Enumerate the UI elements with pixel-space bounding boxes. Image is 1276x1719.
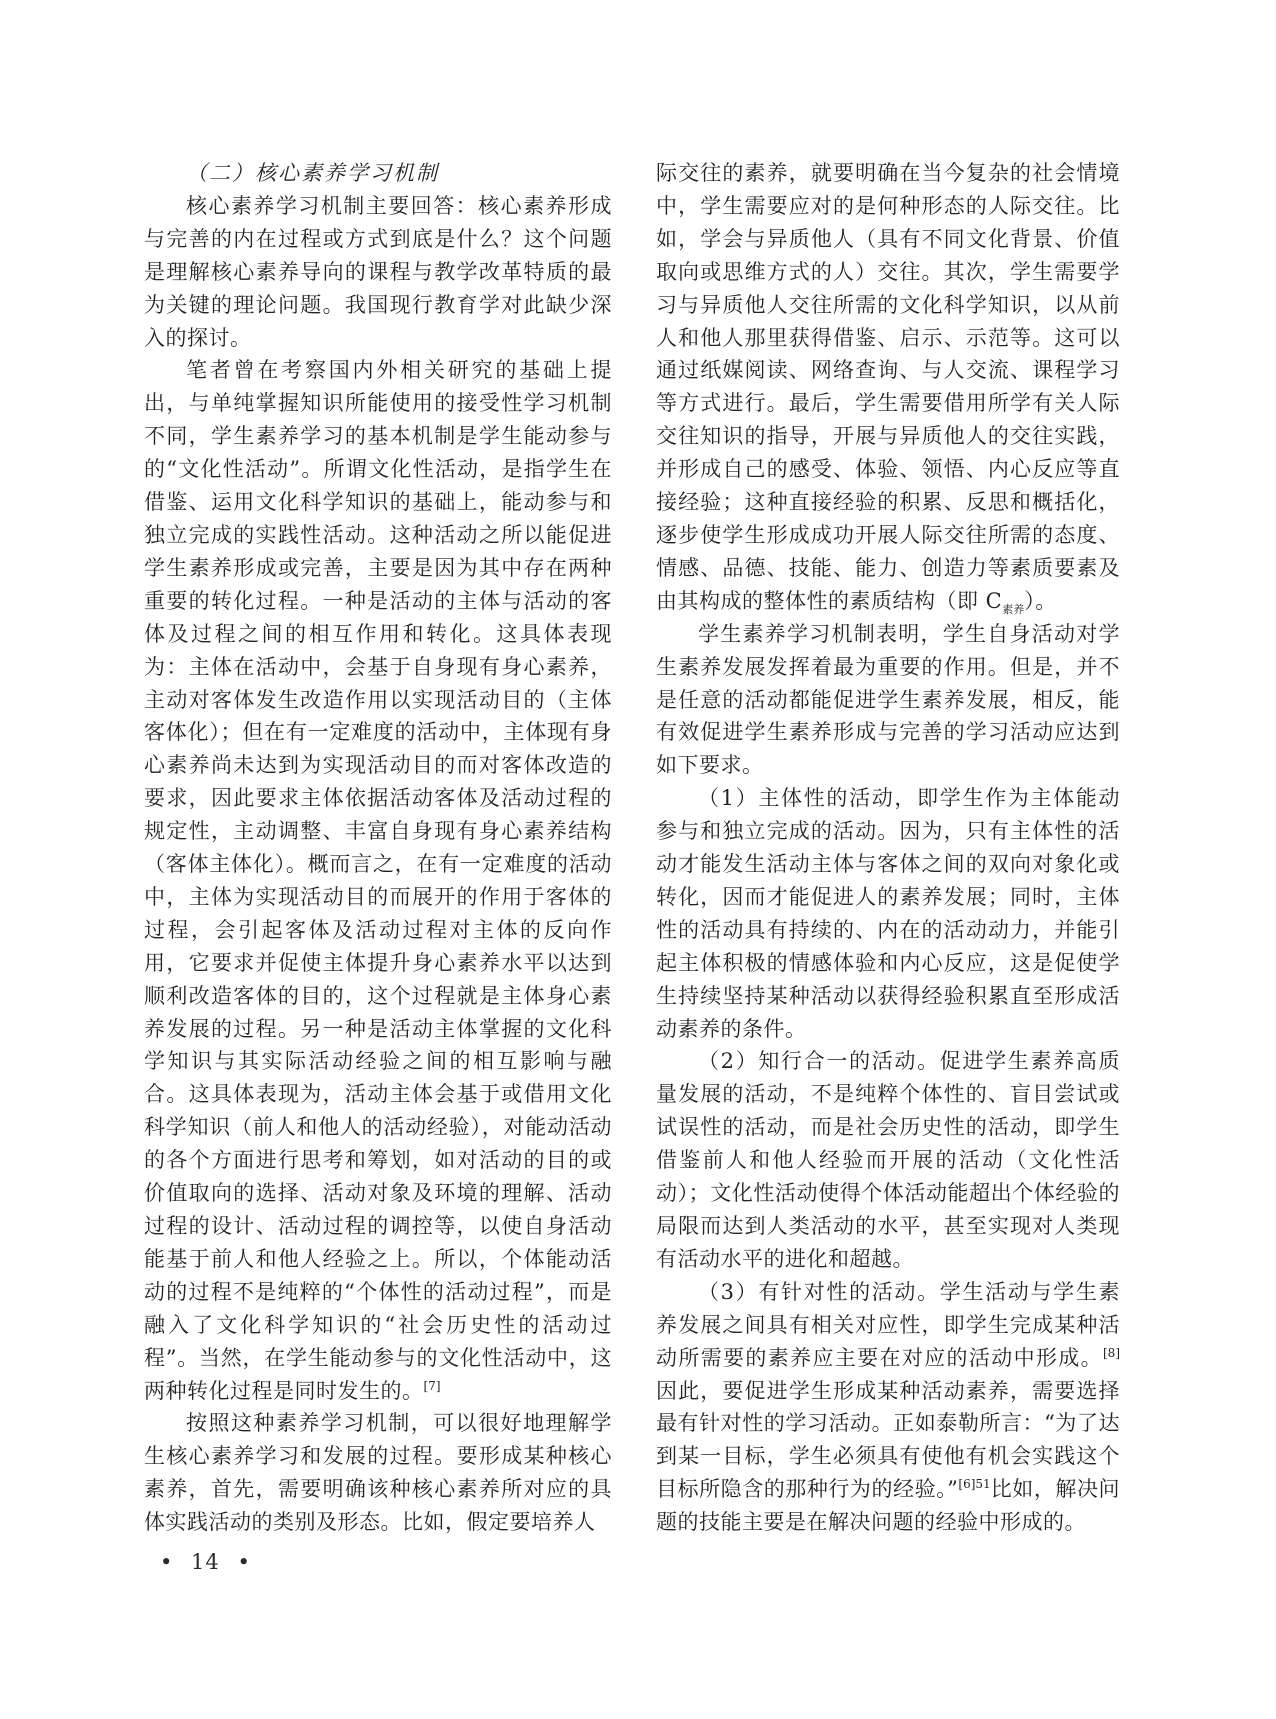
document-page: （二）核心素养学习机制核心素养学习机制主要回答：核心素养形成与完善的内在过程或方… — [0, 0, 1276, 1719]
paragraph-cultural-activity: 笔者曾在考察国内外相关研究的基础上提出，与单纯掌握知识所能使用的接受性学习机制不… — [144, 354, 612, 1407]
paragraph-mechanism-implication: 学生素养学习机制表明，学生自身活动对学生素养发展发挥着最为重要的作用。但是，并不… — [656, 618, 1120, 783]
paragraph-requirement-2: （2）知行合一的活动。促进学生素养高质量发展的活动，不是纯粹个体性的、盲目尝试或… — [656, 1045, 1120, 1275]
paragraph-mechanism-question: 核心素养学习机制主要回答：核心素养形成与完善的内在过程或方式到底是什么？这个问题… — [144, 190, 612, 355]
text-run: 学生素养学习机制表明，学生自身活动对学生素养发展发挥着最为重要的作用。但是，并不… — [656, 622, 1120, 778]
text-run: ）。 — [1024, 589, 1057, 613]
text-run: （1）主体性的活动，即学生作为主体能动参与和独立完成的活动。因为，只有主体性的活… — [656, 786, 1120, 1040]
paragraph-interpersonal-continuation: 际交往的素养，就要明确在当今复杂的社会情境中，学生需要应对的是何种形态的人际交往… — [656, 157, 1120, 618]
page-footer: • 14 • — [160, 1550, 251, 1574]
paragraph-understanding-process: 按照这种素养学习机制，可以很好地理解学生核心素养学习和发展的过程。要形成某种核心… — [144, 1407, 612, 1539]
text-run: 际交往的素养，就要明确在当今复杂的社会情境中，学生需要应对的是何种形态的人际交往… — [656, 161, 1120, 613]
page-number: • 14 • — [160, 1550, 251, 1574]
right-text-column: 际交往的素养，就要明确在当今复杂的社会情境中，学生需要应对的是何种形态的人际交往… — [656, 157, 1120, 1539]
text-run: 核心素养学习机制主要回答：核心素养形成与完善的内在过程或方式到底是什么？这个问题… — [144, 194, 612, 350]
citation-superscript: [7] — [424, 1379, 441, 1393]
text-run: 按照这种素养学习机制，可以很好地理解学生核心素养学习和发展的过程。要形成某种核心… — [144, 1411, 612, 1534]
text-run: （3）有针对性的活动。学生活动与学生素养发展之间具有相关对应性，即学生完成某种活… — [656, 1280, 1120, 1370]
citation-superscript: [6]51 — [958, 1477, 990, 1491]
subscript-label: 素养 — [1002, 603, 1024, 616]
text-run: （二）核心素养学习机制 — [186, 161, 439, 185]
section-heading: （二）核心素养学习机制 — [144, 157, 612, 190]
citation-superscript: [8] — [1103, 1346, 1120, 1360]
paragraph-requirement-3: （3）有针对性的活动。学生活动与学生素养发展之间具有相关对应性，即学生完成某种活… — [656, 1276, 1120, 1539]
text-run: 笔者曾在考察国内外相关研究的基础上提出，与单纯掌握知识所能使用的接受性学习机制不… — [144, 358, 612, 1402]
text-run: （2）知行合一的活动。促进学生素养高质量发展的活动，不是纯粹个体性的、盲目尝试或… — [656, 1049, 1120, 1270]
left-text-column: （二）核心素养学习机制核心素养学习机制主要回答：核心素养形成与完善的内在过程或方… — [144, 157, 612, 1539]
paragraph-requirement-1: （1）主体性的活动，即学生作为主体能动参与和独立完成的活动。因为，只有主体性的活… — [656, 782, 1120, 1045]
